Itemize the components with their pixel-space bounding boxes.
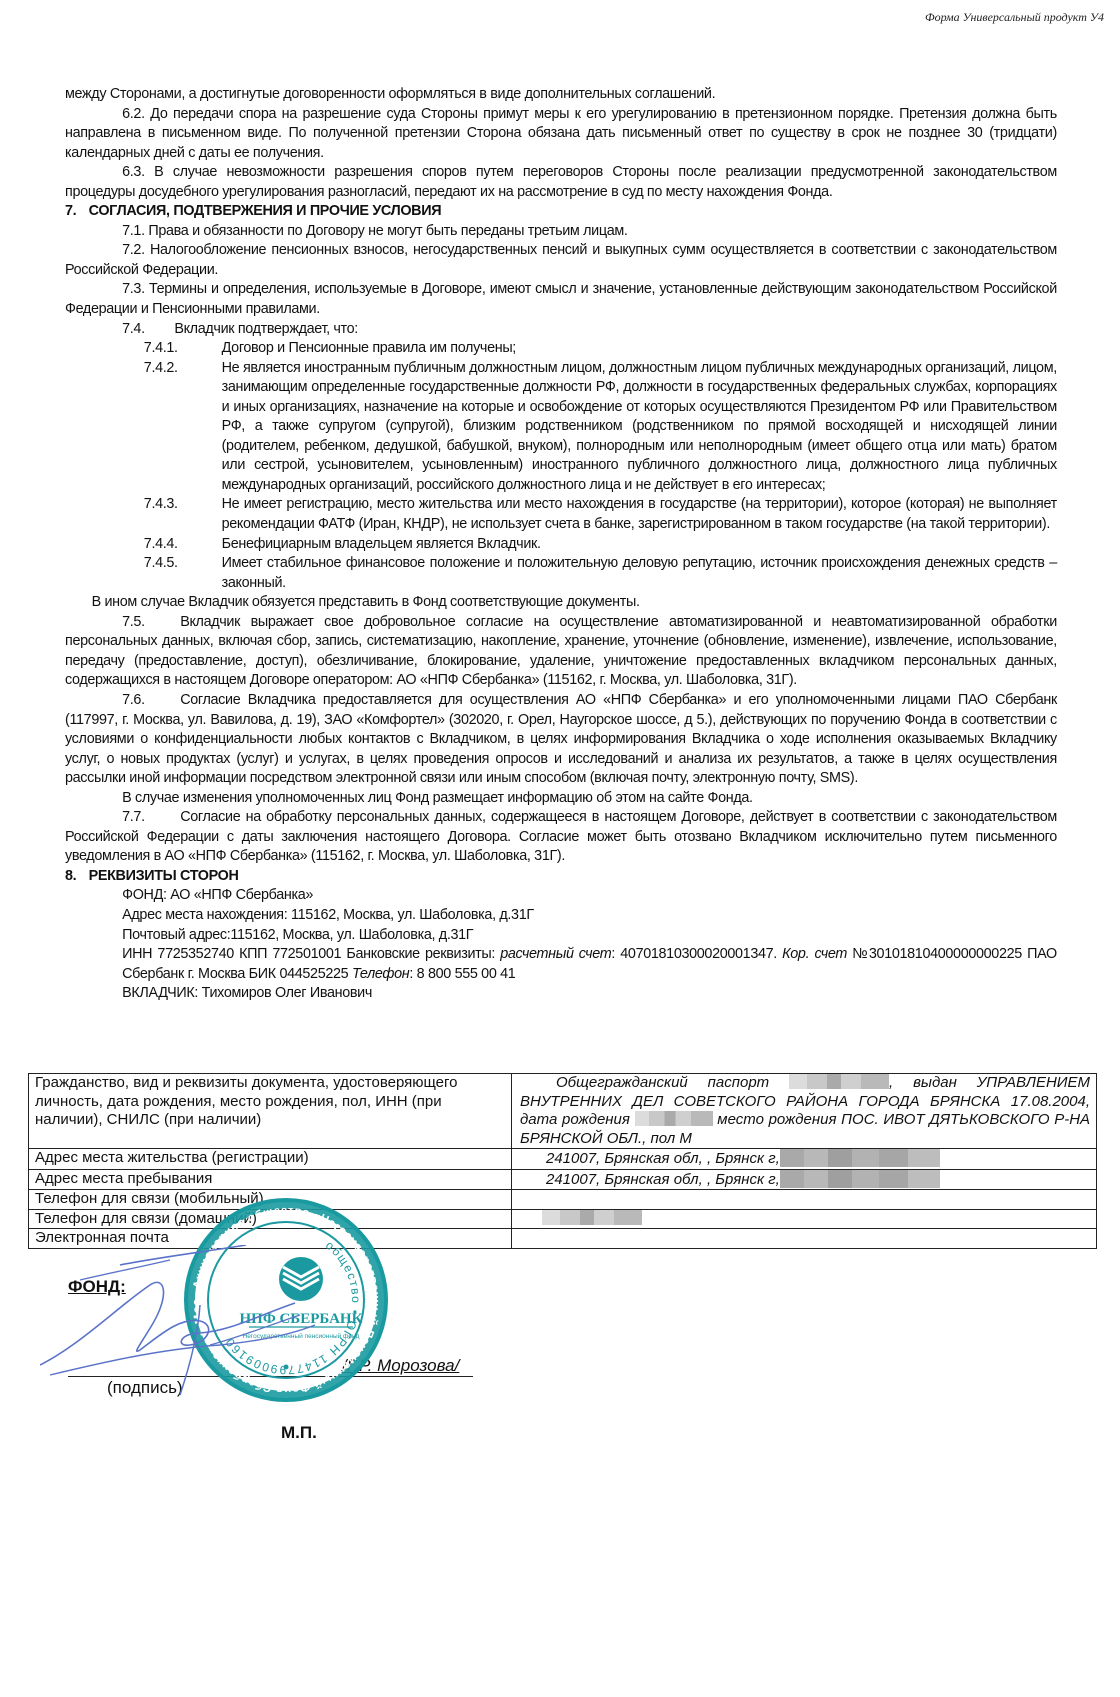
clause-7-4-number: 7.4. bbox=[122, 320, 174, 340]
row-label: Адрес места пребывания bbox=[29, 1169, 512, 1190]
item-text: Бенефициарным владельцем является Вкладч… bbox=[222, 536, 541, 552]
address-text: 241007, Брянская обл, , Брянск г, bbox=[546, 1150, 780, 1167]
fund-legal-address: Адрес места нахождения: 115162, Москва, … bbox=[65, 906, 1057, 926]
bank-prefix: ИНН 7725352740 КПП 772501001 Банковские … bbox=[122, 946, 500, 962]
item-number: 7.4.2. bbox=[144, 359, 222, 379]
corr-account-label: Кор. счет bbox=[782, 946, 847, 962]
row-label: Гражданство, вид и реквизиты документа, … bbox=[29, 1074, 512, 1149]
row-value-email bbox=[512, 1229, 1097, 1249]
item-text: Договор и Пенсионные правила им получены… bbox=[222, 340, 516, 356]
item-7-4-4: 7.4.4.Бенефициарным владельцем является … bbox=[65, 535, 1057, 555]
address-text: 241007, Брянская обл, , Брянск г, bbox=[546, 1171, 780, 1188]
clause-7-5: 7.5.Вкладчик выражает свое добровольное … bbox=[65, 613, 1057, 691]
clause-7-7: 7.7.Согласие на обработку персональных д… bbox=[65, 808, 1057, 867]
item-7-4-2: 7.4.2.Не является иностранным публичным … bbox=[65, 359, 1057, 496]
seal-placeholder-label: М.П. bbox=[281, 1423, 317, 1443]
document-page: Форма Универсальный продукт У4 между Сто… bbox=[0, 0, 1120, 1697]
section8-number: 8. bbox=[65, 867, 89, 887]
section8-heading: 8.РЕКВИЗИТЫ СТОРОН bbox=[65, 867, 1057, 887]
item-number: 7.4.1. bbox=[144, 339, 222, 359]
row-label: Адрес места жительства (регистрации) bbox=[29, 1149, 512, 1170]
phone-label: Телефон bbox=[352, 966, 409, 982]
clause-7-2: 7.2. Налогообложение пенсионных взносов,… bbox=[65, 241, 1057, 280]
redacted-passport-number bbox=[789, 1074, 889, 1089]
section7-number: 7. bbox=[65, 202, 89, 222]
row-value-stay-address: 241007, Брянская обл, , Брянск г, bbox=[512, 1169, 1097, 1190]
redacted-address bbox=[780, 1149, 940, 1167]
row-value-registration-address: 241007, Брянская обл, , Брянск г, bbox=[512, 1149, 1097, 1170]
item-number: 7.4.5. bbox=[144, 554, 222, 574]
item-text: Не имеет регистрацию, место жительства и… bbox=[222, 496, 1057, 532]
depositor-name: ВКЛАДЧИК: Тихомиров Олег Иванович bbox=[65, 984, 1057, 1004]
section7-title: СОГЛАСИЯ, ПОДТВЕРЖЕНИЯ И ПРОЧИЕ УСЛОВИЯ bbox=[89, 203, 442, 219]
handwritten-signature-icon bbox=[40, 1245, 370, 1415]
item-number: 7.4.4. bbox=[144, 535, 222, 555]
clause-7-3: 7.3. Термины и определения, используемые… bbox=[65, 280, 1057, 319]
clause-7-6-text: Согласие Вкладчика предоставляется для о… bbox=[65, 692, 1057, 786]
clause-7-7-text: Согласие на обработку персональных данны… bbox=[65, 809, 1057, 864]
item-text: Имеет стабильное финансовое положение и … bbox=[222, 555, 1057, 591]
item-number: 7.4.3. bbox=[144, 495, 222, 515]
clause-7-5-text: Вкладчик выражает свое добровольное согл… bbox=[65, 614, 1057, 689]
account-label: расчетный счет bbox=[500, 946, 611, 962]
table-row: Гражданство, вид и реквизиты документа, … bbox=[29, 1074, 1097, 1149]
document-body: между Сторонами, а достигнутые договорен… bbox=[65, 85, 1057, 1004]
clause-7-5-number: 7.5. bbox=[122, 614, 145, 630]
clause-7-6-number: 7.6. bbox=[122, 692, 145, 708]
clause-6-3: 6.3. В случае невозможности разрешения с… bbox=[65, 163, 1057, 202]
redacted-birth-date bbox=[635, 1111, 713, 1126]
row-value-identity: Общегражданский паспорт , выдан УПРАВЛЕН… bbox=[512, 1074, 1097, 1149]
account-value: : 40701810300020001347. bbox=[611, 946, 782, 962]
clause-7-4-text: Вкладчик подтверждает, что: bbox=[174, 321, 358, 337]
clause-7-4: 7.4.Вкладчик подтверждает, что: bbox=[65, 320, 1057, 340]
section8-title: РЕКВИЗИТЫ СТОРОН bbox=[89, 868, 239, 884]
fund-name: ФОНД: АО «НПФ Сбербанка» bbox=[65, 886, 1057, 906]
form-label: Форма Универсальный продукт У4 bbox=[925, 10, 1104, 25]
clause-6-2: 6.2. До передачи спора на разрешение суд… bbox=[65, 105, 1057, 164]
phone-value: : 8 800 555 00 41 bbox=[409, 966, 515, 982]
clause-7-6: 7.6.Согласие Вкладчика предоставляется д… bbox=[65, 691, 1057, 789]
redacted-home-phone bbox=[542, 1210, 642, 1225]
item-7-4-5: 7.4.5.Имеет стабильное финансовое положе… bbox=[65, 554, 1057, 593]
row-value-mobile-phone bbox=[512, 1190, 1097, 1210]
section7-heading: 7.СОГЛАСИЯ, ПОДТВЕРЖЕНИЯ И ПРОЧИЕ УСЛОВИ… bbox=[65, 202, 1057, 222]
fund-bank-details: ИНН 7725352740 КПП 772501001 Банковские … bbox=[65, 945, 1057, 984]
table-row: Адрес места жительства (регистрации) 241… bbox=[29, 1149, 1097, 1170]
clause-7-1: 7.1. Права и обязанности по Договору не … bbox=[65, 222, 1057, 242]
section6-continuation: между Сторонами, а достигнутые договорен… bbox=[65, 85, 1057, 105]
item-7-4-3: 7.4.3.Не имеет регистрацию, место житель… bbox=[65, 495, 1057, 534]
item-7-4-1: 7.4.1.Договор и Пенсионные правила им по… bbox=[65, 339, 1057, 359]
table-row: Адрес места пребывания 241007, Брянская … bbox=[29, 1169, 1097, 1190]
fund-postal-address: Почтовый адрес:115162, Москва, ул. Шабол… bbox=[65, 926, 1057, 946]
item-text: Не является иностранным публичным должно… bbox=[222, 360, 1057, 493]
otherwise-note: В ином случае Вкладчик обязуется предста… bbox=[65, 593, 1057, 613]
row-value-home-phone bbox=[512, 1209, 1097, 1229]
clause-7-7-number: 7.7. bbox=[122, 809, 145, 825]
clause-7-6-note: В случае изменения уполномоченных лиц Фо… bbox=[65, 789, 1057, 809]
passport-label: Общегражданский паспорт bbox=[556, 1074, 769, 1091]
redacted-address bbox=[780, 1170, 940, 1188]
